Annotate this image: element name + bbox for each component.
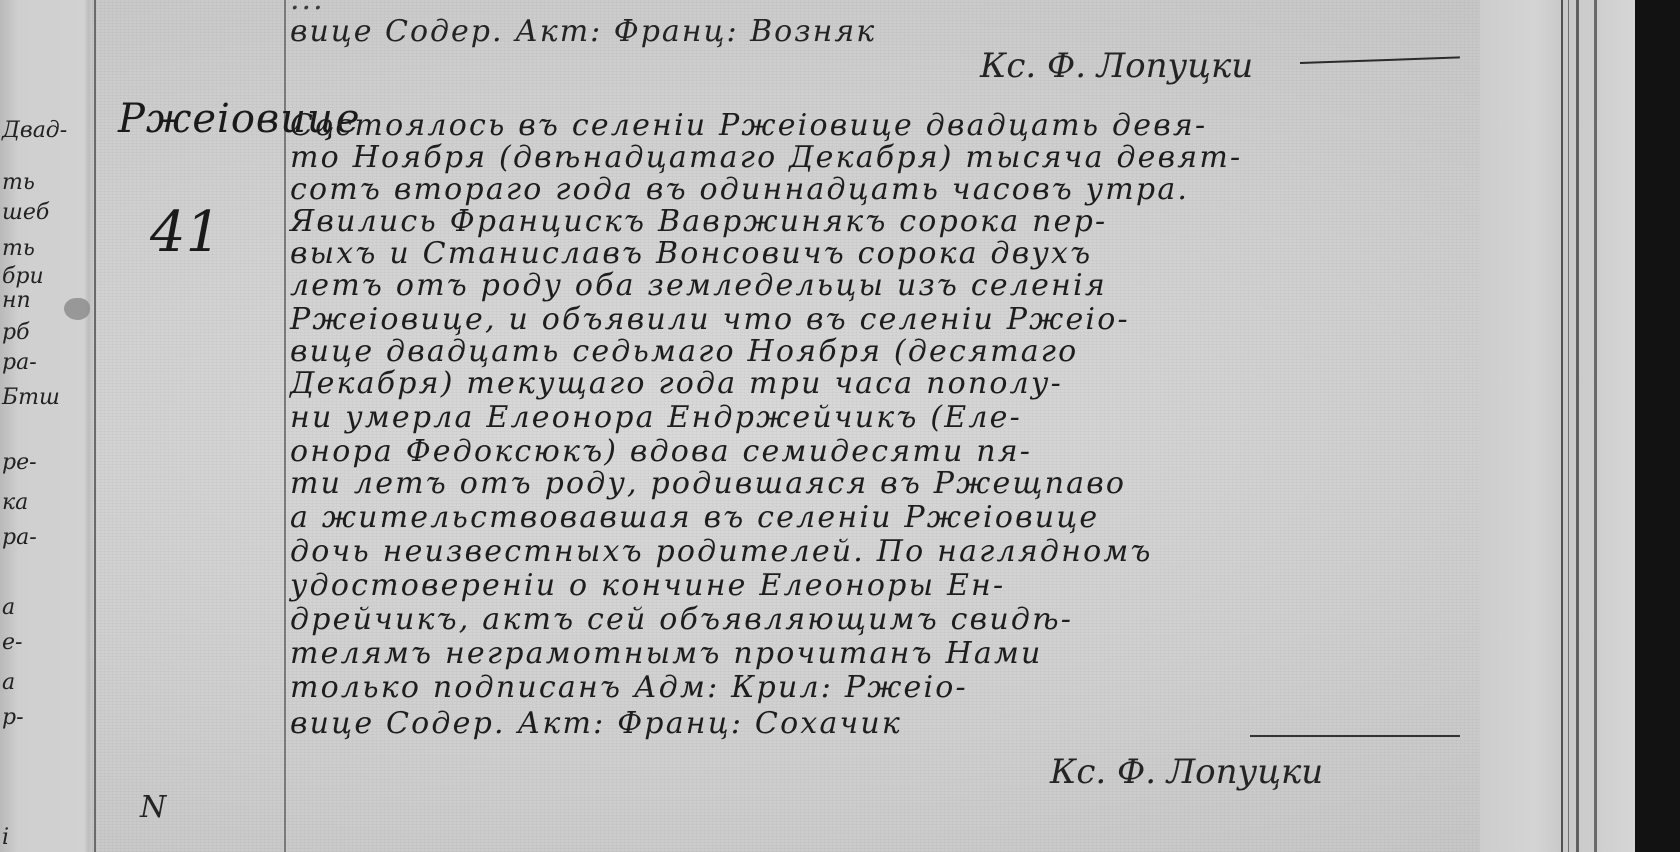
record-line: сотъ втораго года въ одиннадцать часовъ … — [290, 172, 1189, 207]
fragment-line: ра- — [2, 525, 37, 550]
border-rule — [1568, 0, 1569, 852]
fragment-line: ре- — [2, 450, 37, 475]
record-line: летъ отъ роду оба земледельцы изъ селені… — [290, 268, 1107, 303]
border-rule — [1561, 0, 1563, 852]
fragment-line: ра- — [2, 350, 37, 375]
record-line: выхъ и Станиславъ Вонсовичъ сорока двухъ — [290, 236, 1092, 271]
fragment-line: і — [2, 825, 9, 850]
adjacent-page-fragment: Двад- ть шеб ть бри нп рб ра- Бтш ре- ка… — [0, 0, 92, 852]
closing-rule — [1250, 735, 1460, 737]
fragment-line: а — [2, 670, 15, 695]
page-binding-border — [1480, 0, 1635, 852]
priest-signature: Кс. Ф. Лопуцки — [1050, 752, 1323, 792]
record-line: дочь неизвестныхъ родителей. По наглядно… — [290, 534, 1153, 569]
page-fold-shadow — [84, 0, 94, 852]
record-number: 41 — [150, 200, 221, 265]
fragment-line: бри — [2, 264, 44, 289]
fragment-line: Бтш — [2, 385, 60, 410]
record-line: Ржеіовице, и объявили что въ селеніи Рже… — [290, 302, 1130, 337]
fragment-line: ть — [2, 170, 35, 195]
border-rule — [1594, 0, 1597, 852]
record-line: телямъ неграмотнымъ прочитанъ Нами — [290, 636, 1043, 671]
record-line: вице двадцать седьмаго Ноября (десятаго — [290, 334, 1078, 369]
fragment-line: ка — [2, 490, 28, 515]
fragment-line: рб — [2, 320, 30, 345]
previous-record-line: вице Содер. Акт: Франц: Возняк — [290, 14, 876, 49]
record-line: ти летъ отъ роду, родившаяся въ Ржещпаво — [290, 466, 1126, 501]
record-line: Явились Францискъ Вавржинякъ сорока пер- — [290, 204, 1107, 239]
margin-rule-left — [94, 0, 96, 852]
fragment-line: а — [2, 595, 15, 620]
ink-blot — [64, 298, 90, 320]
record-line: ни умерла Елеонора Ендржейчикъ (Еле- — [290, 400, 1022, 435]
fragment-line: е- — [2, 630, 22, 655]
record-line: вице Содер. Акт: Франц: Сохачик — [290, 706, 902, 741]
signature-flourish — [1300, 56, 1460, 64]
scanner-background-edge — [1635, 0, 1680, 852]
record-line: только подписанъ Адм: Крил: Ржеіо- — [290, 670, 968, 705]
record-line: Декабря) текущаго года три часа пополу- — [290, 366, 1063, 401]
record-line: Состоялось въ селеніи Ржеіовице двадцать… — [290, 108, 1207, 143]
fragment-line: р- — [2, 705, 24, 730]
record-line: удостовереніи о кончине Елеоноры Ен- — [290, 568, 1005, 603]
fragment-line: Двад- — [2, 118, 67, 143]
scanned-document-page: Двад- ть шеб ть бри нп рб ра- Бтш ре- ка… — [0, 0, 1680, 852]
fragment-line: нп — [2, 288, 31, 313]
fragment-line: шеб — [2, 200, 49, 225]
fragment-line: ть — [2, 236, 35, 261]
record-line: то Ноября (двѣнадцатаго Декабря) тысяча … — [290, 140, 1242, 175]
previous-record-signature: Кс. Ф. Лопуцки — [980, 46, 1253, 86]
border-rule — [1576, 0, 1579, 852]
record-line: дрейчикъ, актъ сей объявляющимъ свидѣ- — [290, 602, 1073, 637]
next-record-margin-fragment: N — [140, 790, 166, 825]
record-line: онора Федоксюкъ) вдова семидесяти пя- — [290, 434, 1032, 469]
record-line: а жительствовавшая въ селеніи Ржеіовице — [290, 500, 1099, 535]
